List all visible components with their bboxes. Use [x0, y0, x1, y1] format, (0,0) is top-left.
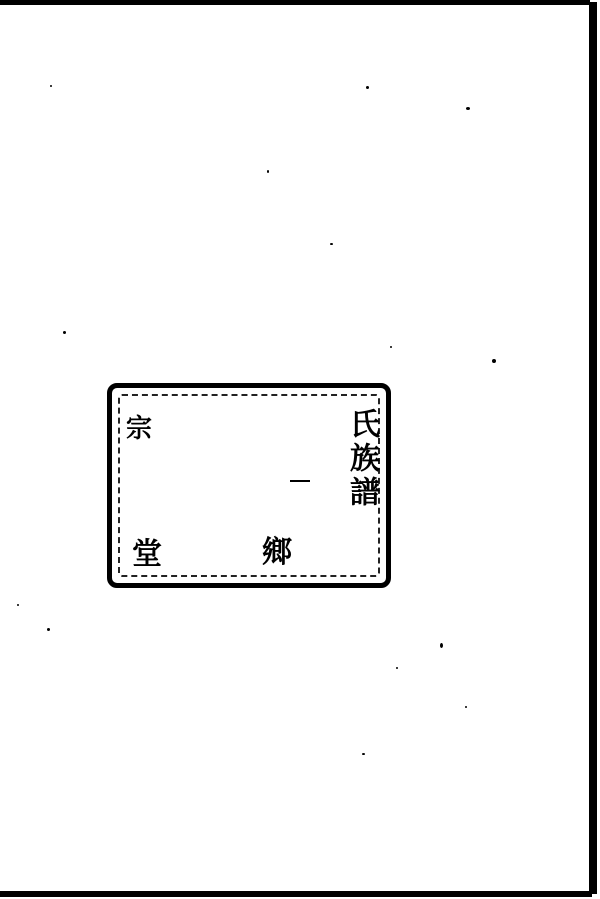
scan-speck [440, 643, 443, 648]
scan-speck [362, 753, 365, 755]
scan-speck [465, 706, 467, 708]
scan-speck [396, 667, 398, 669]
seal-dash-mark [290, 480, 310, 482]
seal-char-bottom-middle: 鄉 [262, 538, 292, 568]
scan-speck [50, 85, 52, 87]
seal-char-bottom-left: 堂 [132, 540, 162, 570]
scan-speck [47, 628, 50, 631]
page-right-border [589, 2, 597, 894]
scan-speck [466, 107, 470, 110]
seal-title-vertical: 氏族譜 [346, 408, 376, 510]
page-bottom-border [0, 891, 592, 897]
scan-speck [330, 243, 333, 245]
scan-speck [267, 170, 269, 173]
scan-speck [366, 86, 369, 89]
scan-speck [390, 346, 392, 348]
title-seal-box: 氏族譜 宗 堂 鄉 [107, 383, 391, 588]
scan-speck [17, 604, 19, 606]
scan-speck [492, 359, 496, 363]
scan-speck [63, 331, 66, 334]
seal-char-top-left: 宗 [126, 416, 152, 442]
page-top-border [0, 0, 590, 5]
